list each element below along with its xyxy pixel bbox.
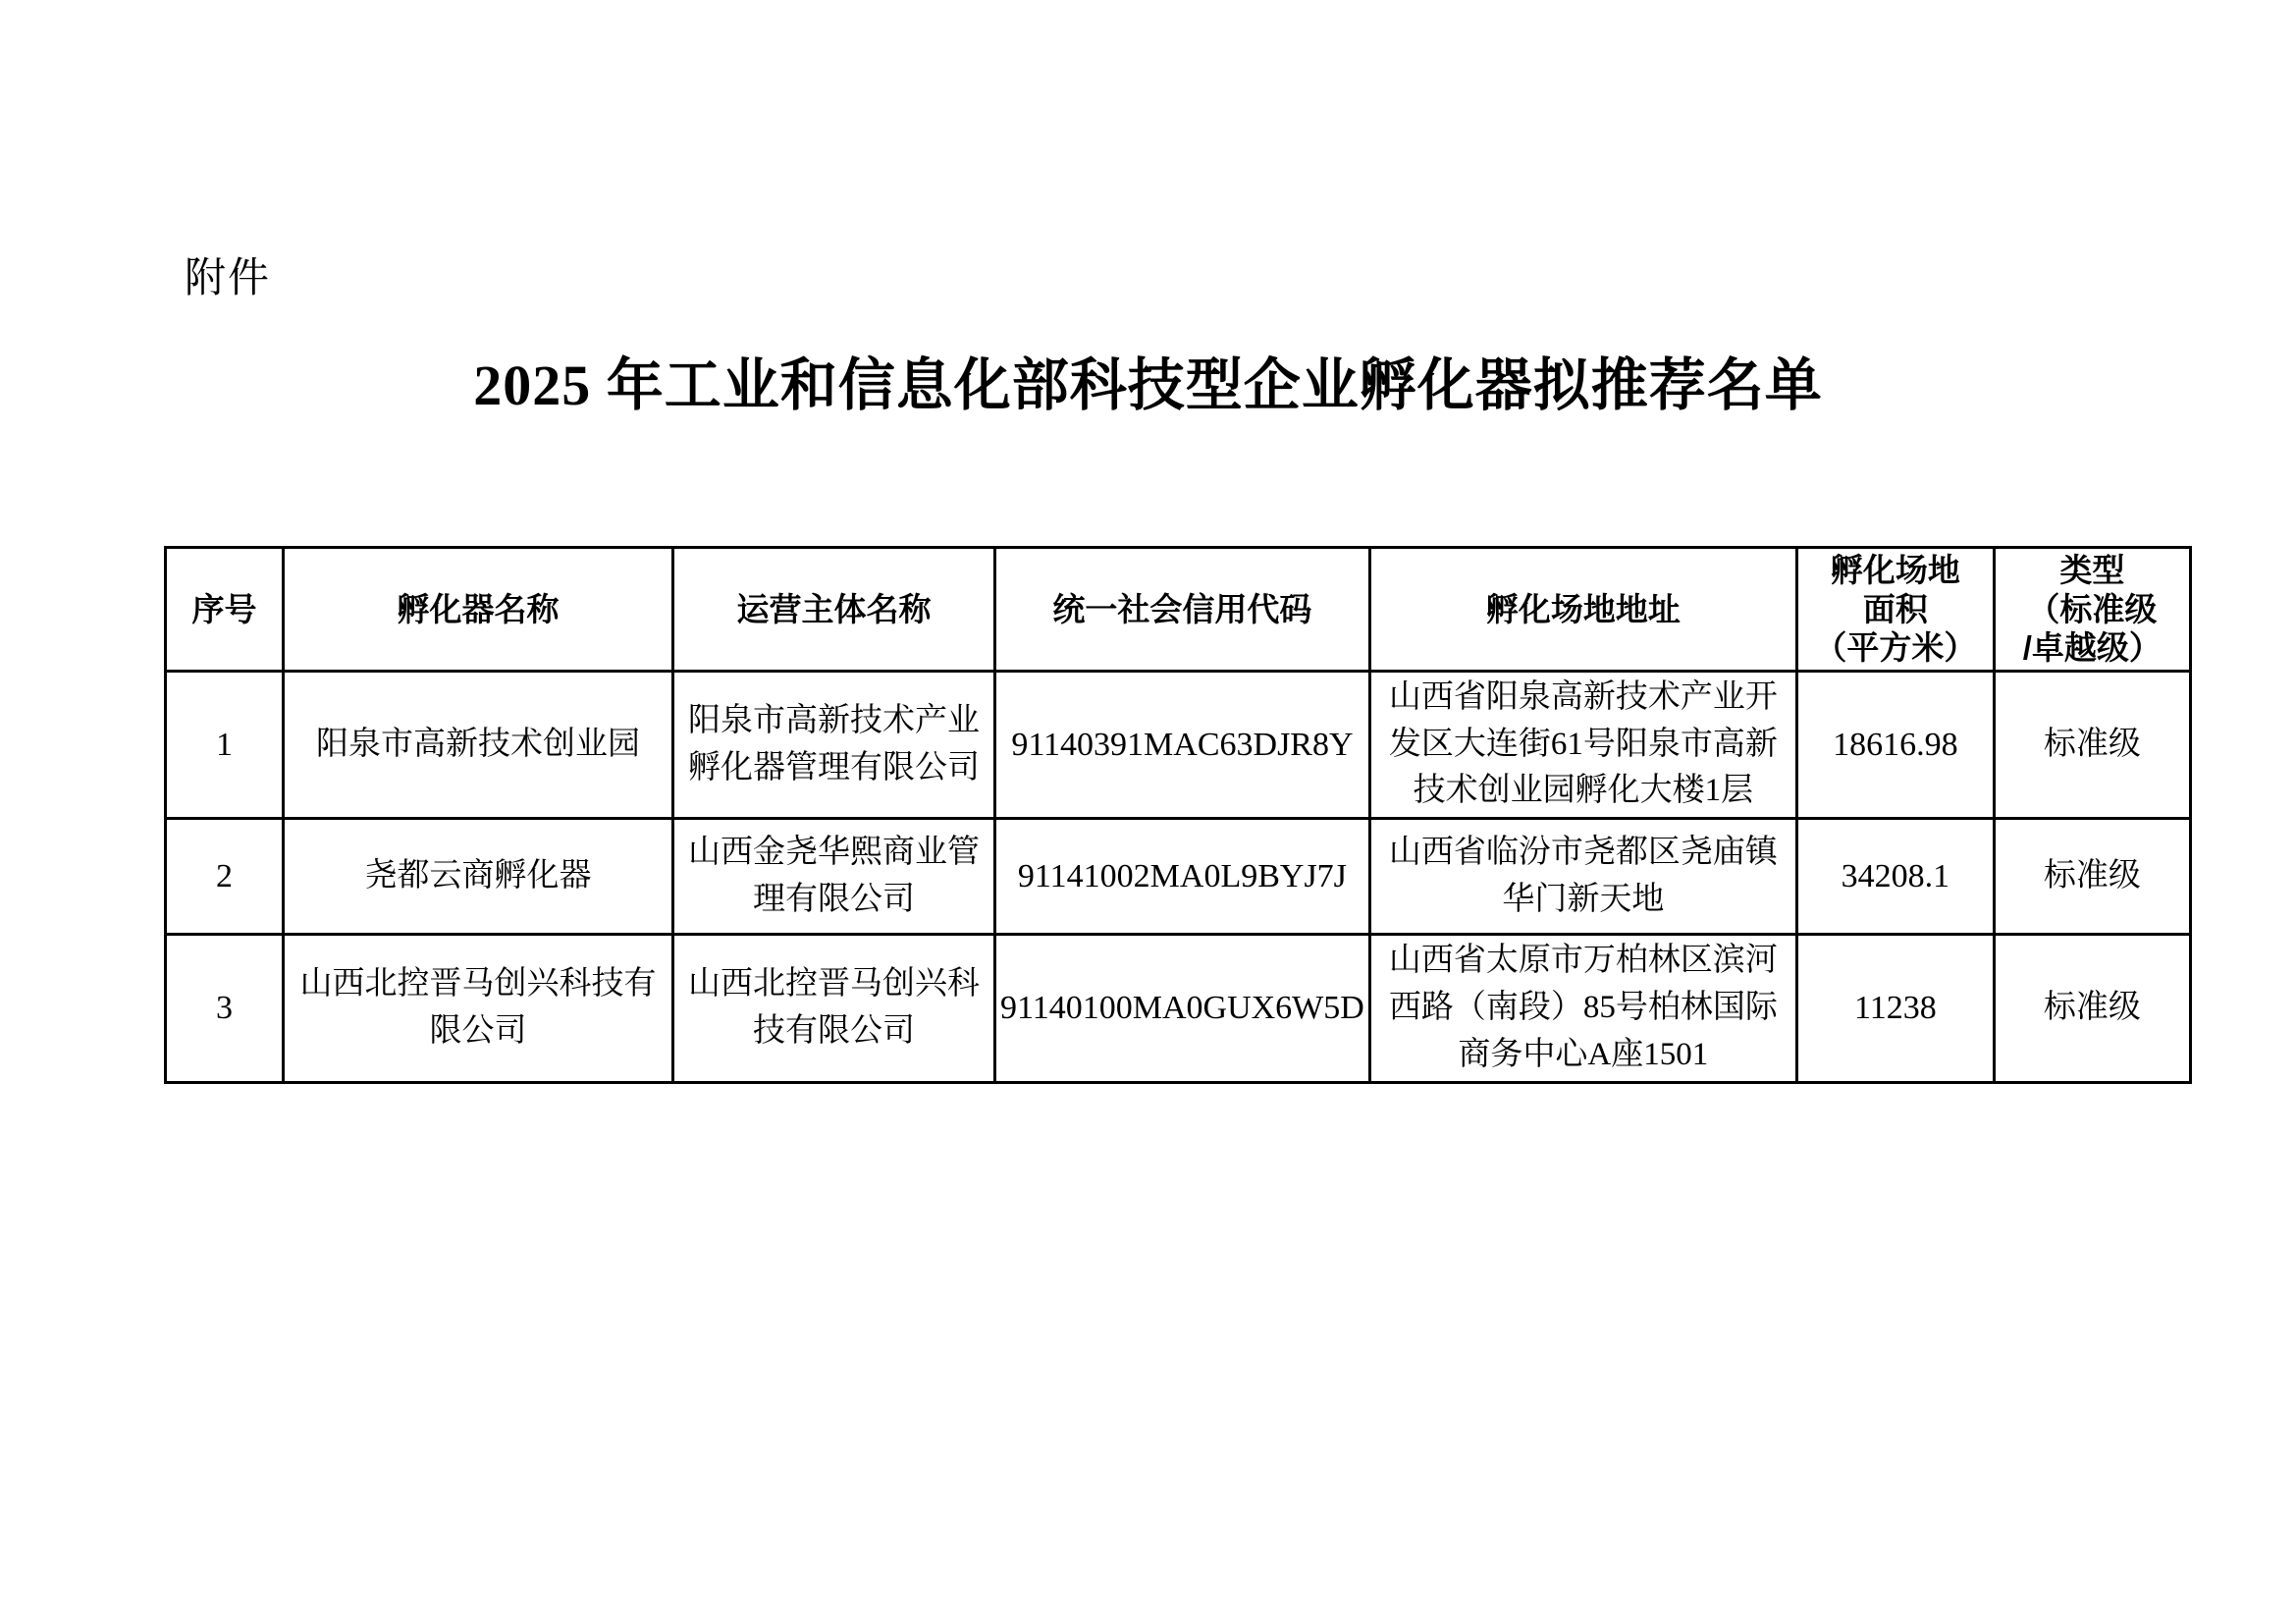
header-seq: 序号 xyxy=(166,548,284,672)
cell-incubator-name: 阳泉市高新技术创业园 xyxy=(284,671,673,819)
document-page: 附件 2025 年工业和信息化部科技型企业孵化器拟推荐名单 序号 孵化器名称 运… xyxy=(0,0,2296,1624)
table-row: 2 尧都云商孵化器 山西金尧华熙商业管理有限公司 91141002MA0L9BY… xyxy=(166,819,2191,935)
table-row: 3 山西北控晋马创兴科技有限公司 山西北控晋马创兴科技有限公司 91140100… xyxy=(166,935,2191,1083)
cell-site-area: 34208.1 xyxy=(1796,819,1994,935)
table-row: 1 阳泉市高新技术创业园 阳泉市高新技术产业孵化器管理有限公司 91140391… xyxy=(166,671,2191,819)
cell-site-address: 山西省阳泉高新技术产业开发区大连街61号阳泉市高新技术创业园孵化大楼1层 xyxy=(1369,671,1796,819)
cell-credit-code: 91141002MA0L9BYJ7J xyxy=(995,819,1370,935)
cell-site-area: 11238 xyxy=(1796,935,1994,1083)
cell-type: 标准级 xyxy=(1994,671,2190,819)
header-operator-name: 运营主体名称 xyxy=(673,548,995,672)
cell-seq: 2 xyxy=(166,819,284,935)
header-site-area: 孵化场地 面积 （平方米） xyxy=(1796,548,1994,672)
incubator-recommendation-table: 序号 孵化器名称 运营主体名称 统一社会信用代码 孵化场地地址 孵化场地 面积 … xyxy=(164,546,2192,1084)
header-type: 类型 （标准级 /卓越级） xyxy=(1994,548,2190,672)
cell-type: 标准级 xyxy=(1994,935,2190,1083)
cell-incubator-name: 尧都云商孵化器 xyxy=(284,819,673,935)
cell-operator-name: 山西金尧华熙商业管理有限公司 xyxy=(673,819,995,935)
header-credit-code: 统一社会信用代码 xyxy=(995,548,1370,672)
cell-operator-name: 山西北控晋马创兴科技有限公司 xyxy=(673,935,995,1083)
cell-operator-name: 阳泉市高新技术产业孵化器管理有限公司 xyxy=(673,671,995,819)
cell-seq: 3 xyxy=(166,935,284,1083)
page-title: 2025 年工业和信息化部科技型企业孵化器拟推荐名单 xyxy=(0,339,2296,421)
attachment-label: 附件 xyxy=(185,245,271,304)
cell-incubator-name: 山西北控晋马创兴科技有限公司 xyxy=(284,935,673,1083)
table-header-row: 序号 孵化器名称 运营主体名称 统一社会信用代码 孵化场地地址 孵化场地 面积 … xyxy=(166,548,2191,672)
cell-seq: 1 xyxy=(166,671,284,819)
cell-site-address: 山西省太原市万柏林区滨河西路（南段）85号柏林国际商务中心A座1501 xyxy=(1369,935,1796,1083)
header-site-address: 孵化场地地址 xyxy=(1369,548,1796,672)
cell-credit-code: 91140100MA0GUX6W5D xyxy=(995,935,1370,1083)
cell-site-address: 山西省临汾市尧都区尧庙镇华门新天地 xyxy=(1369,819,1796,935)
cell-site-area: 18616.98 xyxy=(1796,671,1994,819)
cell-type: 标准级 xyxy=(1994,819,2190,935)
header-incubator-name: 孵化器名称 xyxy=(284,548,673,672)
cell-credit-code: 91140391MAC63DJR8Y xyxy=(995,671,1370,819)
